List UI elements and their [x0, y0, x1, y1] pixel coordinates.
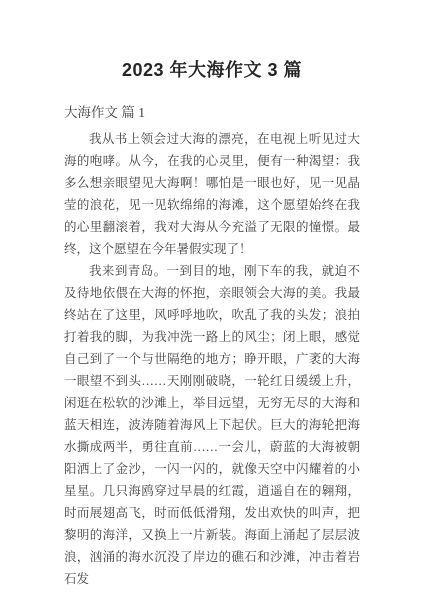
document-page: 2023 年大海作文 3 篇 大海作文 篇 1 我从书上领会过大海的漂亮，在电视…	[0, 0, 424, 600]
paragraph: 我从书上领会过大海的漂亮，在电视上听见过大海的咆哮。从今，在我的心灵里，便有一种…	[64, 128, 360, 260]
paragraph: 我来到青岛。一到目的地，刚下车的我，就迫不及待地依偎在大海的怀抱，亲眼领会大海的…	[64, 260, 360, 590]
document-title: 2023 年大海作文 3 篇	[64, 57, 360, 83]
section-heading: 大海作文 篇 1	[64, 104, 360, 122]
document-body: 我从书上领会过大海的漂亮，在电视上听见过大海的咆哮。从今，在我的心灵里，便有一种…	[64, 128, 360, 590]
